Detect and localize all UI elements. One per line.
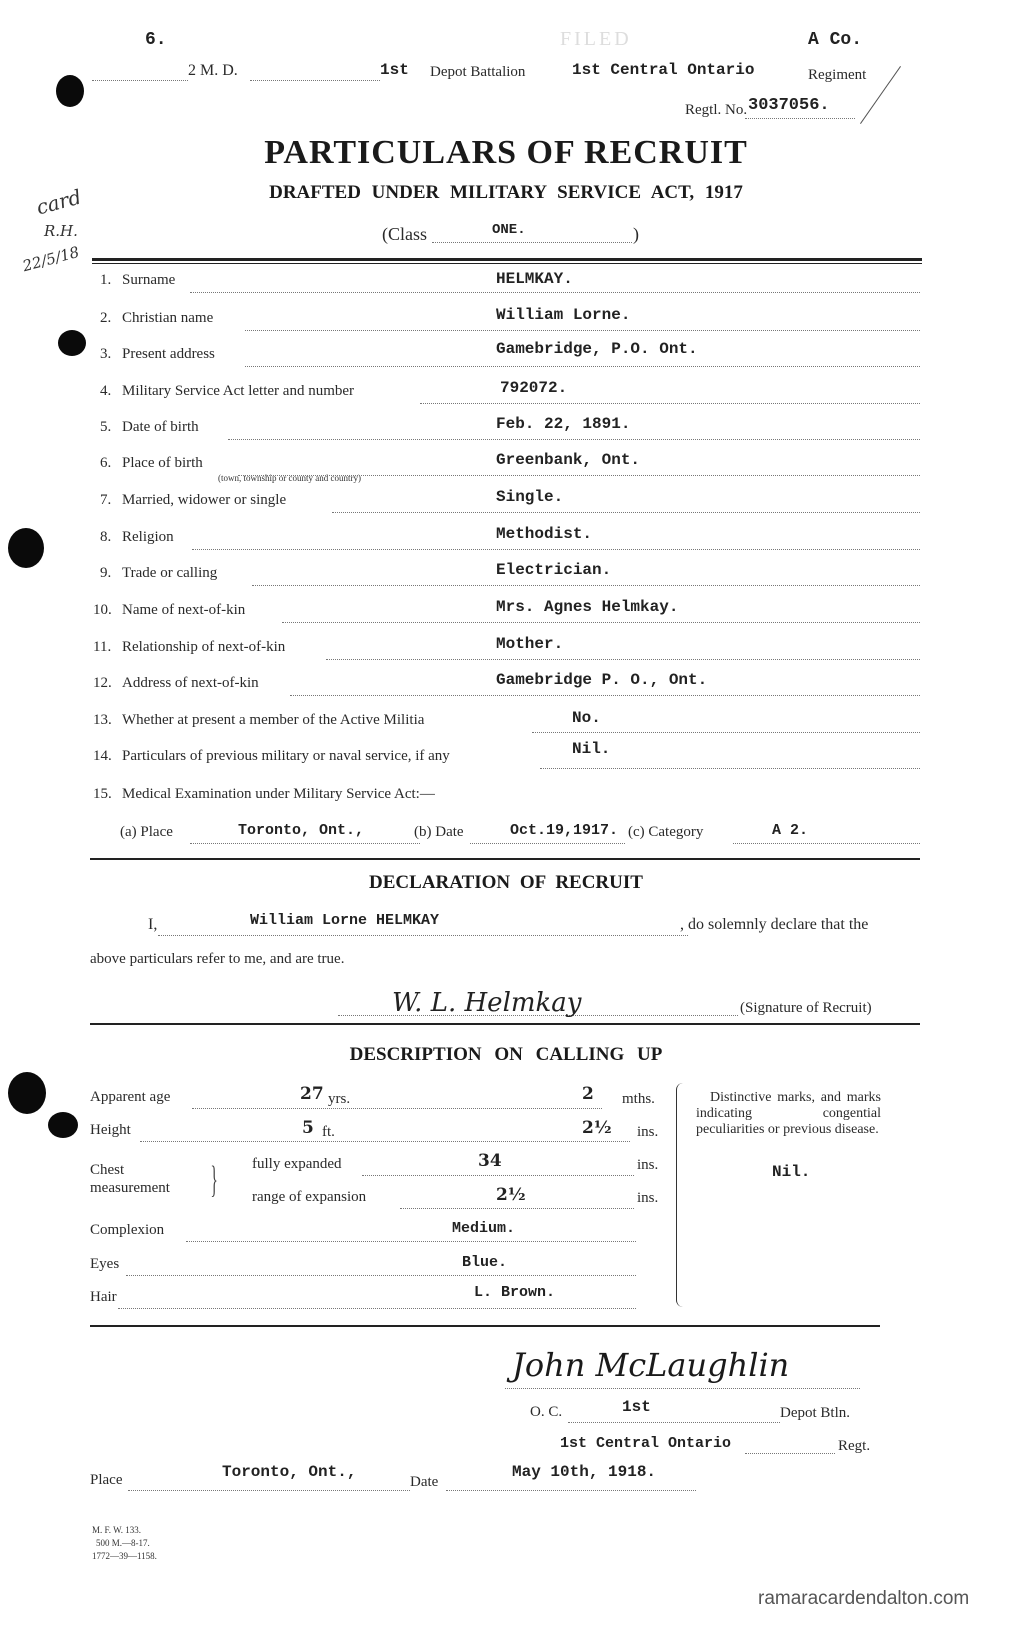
- regtl-no-value: 3037056.: [748, 96, 830, 115]
- particular-row-date-of-birth: 5. Date of birth Feb. 22, 1891.: [0, 419, 1012, 449]
- footer-place-value: Toronto, Ont.,: [222, 1463, 356, 1481]
- place-of-birth-value: Greenbank, Ont.: [496, 451, 640, 469]
- officer-regiment-value: 1st Central Ontario: [560, 1435, 731, 1452]
- faded-stamp: FILED: [560, 28, 632, 51]
- chest-measurement-label: measurement: [90, 1180, 170, 1197]
- complexion-label: Complexion: [90, 1222, 164, 1239]
- military-district: 2 M. D.: [188, 62, 238, 80]
- fully-expanded-label: fully expanded: [252, 1156, 342, 1173]
- section-divider: [90, 1023, 920, 1025]
- particular-row-marital-status: 7. Married, widower or single Single.: [0, 492, 1012, 522]
- signature-label: (Signature of Recruit): [740, 1000, 872, 1017]
- hair-value: L. Brown.: [474, 1284, 555, 1301]
- footer-date-value: May 10th, 1918.: [512, 1463, 656, 1481]
- eyes-label: Eyes: [90, 1256, 119, 1273]
- form-code-3: 1772—39—1158.: [92, 1551, 157, 1561]
- depot-battalion-value: 1st: [380, 61, 409, 79]
- declaration-heading: DECLARATION OF RECRUIT: [0, 872, 1012, 894]
- punch-hole: [56, 75, 84, 107]
- height-feet-value: 5: [302, 1118, 314, 1138]
- present-address-value: Gamebridge, P.O. Ont.: [496, 340, 698, 358]
- regiment-label: Regiment: [808, 67, 866, 84]
- punch-hole: [48, 1112, 78, 1138]
- apparent-age-label: Apparent age: [90, 1089, 170, 1106]
- height-label: Height: [90, 1122, 131, 1139]
- officer-signature: John McLaughlin: [512, 1346, 789, 1384]
- class-value: ONE.: [492, 222, 526, 238]
- section-divider: [92, 263, 922, 264]
- inches-label: ins.: [637, 1157, 658, 1174]
- particular-row-msa-number: 4. Military Service Act letter and numbe…: [0, 383, 1012, 413]
- page-number: 6.: [145, 30, 167, 50]
- footer-date-label: Date: [410, 1474, 438, 1491]
- class-close: ): [633, 224, 639, 245]
- particular-row-surname: 1. Surname HELMKAY.: [0, 272, 1012, 302]
- medical-category-label: (c) Category: [628, 824, 703, 841]
- footer-place-label: Place: [90, 1472, 122, 1489]
- particular-row-next-of-kin-address: 12. Address of next-of-kin Gamebridge P.…: [0, 675, 1012, 705]
- particular-row-trade: 9. Trade or calling Electrician.: [0, 565, 1012, 595]
- officer-commanding-label: O. C.: [530, 1404, 562, 1421]
- active-militia-value: No.: [572, 709, 601, 727]
- christian-name-value: William Lorne.: [496, 306, 630, 324]
- religion-value: Methodist.: [496, 525, 592, 543]
- officer-commanding-value: 1st: [622, 1398, 651, 1416]
- inches-label: ins.: [637, 1124, 658, 1141]
- height-inches-value: 2½: [582, 1118, 612, 1138]
- age-years-value: 27: [300, 1084, 324, 1104]
- particular-row-next-of-kin-relationship: 11. Relationship of next-of-kin Mother.: [0, 639, 1012, 669]
- next-of-kin-relationship-value: Mother.: [496, 635, 563, 653]
- regiment-value: 1st Central Ontario: [572, 61, 754, 79]
- range-of-expansion-value: 2½: [496, 1185, 526, 1205]
- medical-category-value: A 2.: [772, 822, 808, 839]
- chest-label: Chest: [90, 1162, 124, 1179]
- particular-row-previous-service: 14. Particulars of previous military or …: [0, 748, 1012, 778]
- punch-hole: [8, 1072, 46, 1114]
- particular-row-religion: 8. Religion Methodist.: [0, 529, 1012, 559]
- hair-label: Hair: [90, 1289, 117, 1306]
- regt-label: Regt.: [838, 1438, 870, 1455]
- msa-number-value: 792072.: [500, 379, 567, 397]
- declaration-line2: above particulars refer to me, and are t…: [90, 951, 344, 968]
- company-label: A Co.: [808, 30, 862, 50]
- age-months-value: 2: [582, 1084, 594, 1104]
- particular-row-active-militia: 13. Whether at present a member of the A…: [0, 712, 1012, 742]
- section-divider: [90, 1325, 880, 1327]
- particular-row-christian-name: 2. Christian name William Lorne.: [0, 310, 1012, 340]
- document-subtitle: DRAFTED UNDER MILITARY SERVICE ACT, 1917: [0, 182, 1012, 204]
- section-divider: [92, 258, 922, 261]
- watermark-link[interactable]: ramaracardendalton.com: [758, 1588, 969, 1610]
- particular-row-next-of-kin-name: 10. Name of next-of-kin Mrs. Agnes Helmk…: [0, 602, 1012, 632]
- distinctive-marks-value: Nil.: [772, 1163, 810, 1181]
- class-open: (Class: [382, 224, 427, 245]
- next-of-kin-address-value: Gamebridge P. O., Ont.: [496, 671, 707, 689]
- months-label: mths.: [622, 1091, 655, 1108]
- surname-value: HELMKAY.: [496, 270, 573, 288]
- range-of-expansion-label: range of expansion: [252, 1189, 366, 1206]
- date-of-birth-value: Feb. 22, 1891.: [496, 415, 630, 433]
- fully-expanded-value: 34: [478, 1151, 502, 1171]
- next-of-kin-name-value: Mrs. Agnes Helmkay.: [496, 598, 678, 616]
- regtl-no-label: Regtl. No.: [685, 102, 747, 119]
- form-code-1: M. F. W. 133.: [92, 1525, 141, 1535]
- medical-place-label: (a) Place: [120, 824, 173, 841]
- depot-btln-label: Depot Btln.: [780, 1405, 850, 1422]
- feet-label: ft.: [322, 1124, 335, 1141]
- margin-note-line3: 22/5/18: [21, 243, 82, 275]
- medical-date-value: Oct.19,1917.: [510, 822, 618, 839]
- years-label: yrs.: [328, 1091, 350, 1108]
- eyes-value: Blue.: [462, 1254, 507, 1271]
- previous-service-value: Nil.: [572, 740, 610, 758]
- marks-brace: [676, 1083, 683, 1307]
- declaration-suffix: , do solemnly declare that the: [680, 916, 868, 934]
- medical-place-value: Toronto, Ont.,: [238, 822, 364, 839]
- margin-note-line2: R.H.: [44, 222, 78, 240]
- form-code-2: 500 M.—8-17.: [96, 1538, 150, 1548]
- description-heading: DESCRIPTION ON CALLING UP: [0, 1044, 1012, 1066]
- marital-status-value: Single.: [496, 488, 563, 506]
- declaration-name-value: William Lorne HELMKAY: [250, 912, 439, 929]
- chest-brace: }: [210, 1158, 217, 1202]
- section-divider: [90, 858, 920, 860]
- particular-row-medical-examination: 15. Medical Examination under Military S…: [0, 786, 1012, 816]
- declaration-prefix: I,: [148, 916, 157, 934]
- document-title: PARTICULARS OF RECRUIT: [0, 134, 1012, 172]
- complexion-value: Medium.: [452, 1220, 515, 1237]
- particular-row-present-address: 3. Present address Gamebridge, P.O. Ont.: [0, 346, 1012, 376]
- inches-label: ins.: [637, 1190, 658, 1207]
- depot-battalion-label: Depot Battalion: [430, 64, 525, 81]
- trade-value: Electrician.: [496, 561, 611, 579]
- recruit-signature: W. L. Helmkay: [392, 988, 581, 1018]
- distinctive-marks-text: Distinctive marks, and marks indicating …: [696, 1090, 881, 1138]
- medical-date-label: (b) Date: [414, 824, 464, 841]
